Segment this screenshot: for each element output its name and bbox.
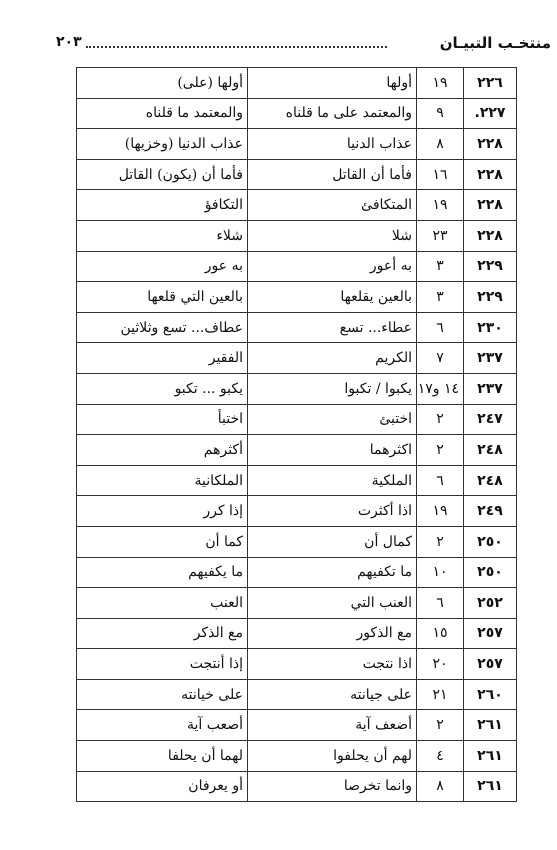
correction-cell: شلاء (77, 220, 248, 251)
page-cell: ٢٤٩ (464, 496, 517, 527)
correction-cell: إذا كرر (77, 496, 248, 527)
table-row: ٢٥٧١٥مع الذكورمع الذكر (77, 618, 517, 649)
error-cell: اذا أكثرت (248, 496, 417, 527)
correction-cell: يكبو ... تكبو (77, 373, 248, 404)
table-row: ٢٦١٢أضعف آيةأصعب آية (77, 710, 517, 741)
table-row: ٢٣٧٧الكريمالفقير (77, 343, 517, 374)
error-cell: كمال أن (248, 526, 417, 557)
error-cell: الكريم (248, 343, 417, 374)
page-cell: ٢٢٩ (464, 251, 517, 282)
error-cell: المتكافئ (248, 190, 417, 221)
table-row: ٢٥٧٢٠اذا نتجتإذا أنتجت (77, 649, 517, 680)
error-cell: أولها (248, 68, 417, 99)
table-row: ٢٤٧٢اختبئاختبأ (77, 404, 517, 435)
leader-dots (86, 46, 387, 48)
table-row: ٢٢٧.٩والمعتمد على ما قلناهوالمعتمد ما قل… (77, 98, 517, 129)
table-row: ٢٢٦١٩أولهاأولها (على) (77, 68, 517, 99)
line-cell: ٢٠ (417, 649, 464, 680)
line-cell: ١٦ (417, 159, 464, 190)
table-row: ٢٤٩١٩اذا أكثرتإذا كرر (77, 496, 517, 527)
error-cell: يكبوا / تكبوا (248, 373, 417, 404)
page-cell: ٢٤٨ (464, 435, 517, 466)
page-cell: ٢٥٠ (464, 557, 517, 588)
table-row: ٢٢٨١٩المتكافئالتكافؤ (77, 190, 517, 221)
error-cell: اكثرهما (248, 435, 417, 466)
line-cell: ٦ (417, 588, 464, 619)
page-cell: ٢٥٧ (464, 618, 517, 649)
error-cell: بالعين يقلعها (248, 282, 417, 313)
page-cell: ٢٣٠ (464, 312, 517, 343)
correction-cell: عذاب الدنيا (وخزيها) (77, 129, 248, 160)
page-cell: ٢٢٨ (464, 129, 517, 160)
error-cell: مع الذكور (248, 618, 417, 649)
line-cell: ٨ (417, 129, 464, 160)
table-row: ٢٤٨٢اكثرهماأكثرهم (77, 435, 517, 466)
page-cell: ٢٤٨ (464, 465, 517, 496)
page-number: ٢٠٣ (56, 34, 82, 50)
line-cell: ٤ (417, 741, 464, 772)
correction-cell: أو يعرفان (77, 771, 248, 802)
table-row: ٢٢٨١٦فأما أن القاتلفأما أن (يكون) القاتل (77, 159, 517, 190)
page-header: منتخـب التبيـان ٢٠٣ (0, 34, 557, 56)
correction-cell: ما يكفيهم (77, 557, 248, 588)
page-cell: ٢٥٢ (464, 588, 517, 619)
correction-cell: أكثرهم (77, 435, 248, 466)
table-row: ٢٢٨٨عذاب الدنياعذاب الدنيا (وخزيها) (77, 129, 517, 160)
page-cell: ٢٢٨ (464, 159, 517, 190)
page-cell: ٢٣٧ (464, 373, 517, 404)
error-cell: ما تكفيهم (248, 557, 417, 588)
correction-cell: أولها (على) (77, 68, 248, 99)
page-cell: ٢٥٧ (464, 649, 517, 680)
error-cell: عذاب الدنيا (248, 129, 417, 160)
error-cell: اختبئ (248, 404, 417, 435)
page-cell: ٢٦٠ (464, 679, 517, 710)
correction-cell: به عور (77, 251, 248, 282)
correction-cell: بالعين التي قلعها (77, 282, 248, 313)
table-row: ٢٣٧١٤ و١٧يكبوا / تكبوايكبو ... تكبو (77, 373, 517, 404)
line-cell: ٣ (417, 251, 464, 282)
line-cell: ٧ (417, 343, 464, 374)
correction-cell: الملكانية (77, 465, 248, 496)
error-cell: شلا (248, 220, 417, 251)
line-cell: ٢ (417, 435, 464, 466)
line-cell: ١٥ (417, 618, 464, 649)
error-cell: به أعور (248, 251, 417, 282)
errata-table-body: ٢٢٦١٩أولهاأولها (على)٢٢٧.٩والمعتمد على م… (77, 68, 517, 802)
error-cell: أضعف آية (248, 710, 417, 741)
correction-cell: كما أن (77, 526, 248, 557)
page-cell: ٢٣٧ (464, 343, 517, 374)
correction-cell: فأما أن (يكون) القاتل (77, 159, 248, 190)
error-cell: لهم أن يحلفوا (248, 741, 417, 772)
correction-cell: اختبأ (77, 404, 248, 435)
page-cell: ٢٦١ (464, 771, 517, 802)
table-row: ٢٦٠٢١على جيانتهعلى خيانته (77, 679, 517, 710)
page-cell: ٢٥٠ (464, 526, 517, 557)
error-cell: اذا نتجت (248, 649, 417, 680)
table-row: ٢٢٩٣بالعين يقلعهابالعين التي قلعها (77, 282, 517, 313)
line-cell: ٢٣ (417, 220, 464, 251)
line-cell: ١٠ (417, 557, 464, 588)
line-cell: ٩ (417, 98, 464, 129)
line-cell: ٢ (417, 526, 464, 557)
page-cell: ٢٢٦ (464, 68, 517, 99)
errata-table: ٢٢٦١٩أولهاأولها (على)٢٢٧.٩والمعتمد على م… (76, 67, 517, 802)
correction-cell: مع الذكر (77, 618, 248, 649)
line-cell: ٣ (417, 282, 464, 313)
error-cell: وانما تخرصا (248, 771, 417, 802)
line-cell: ٢ (417, 710, 464, 741)
page-cell: ٢٤٧ (464, 404, 517, 435)
table-row: ٢٣٠٦عطاء... تسععطاف... تسع وثلاثين (77, 312, 517, 343)
error-cell: عطاء... تسع (248, 312, 417, 343)
table-row: ٢٥٠٢كمال أنكما أن (77, 526, 517, 557)
line-cell: ١٩ (417, 68, 464, 99)
line-cell: ٦ (417, 312, 464, 343)
table-row: ٢٦١٨وانما تخرصاأو يعرفان (77, 771, 517, 802)
table-row: ٢٤٨٦الملكيةالملكانية (77, 465, 517, 496)
correction-cell: على خيانته (77, 679, 248, 710)
line-cell: ١٤ و١٧ (417, 373, 464, 404)
correction-cell: عطاف... تسع وثلاثين (77, 312, 248, 343)
line-cell: ١٩ (417, 496, 464, 527)
error-cell: الملكية (248, 465, 417, 496)
page-cell: ٢٦١ (464, 741, 517, 772)
correction-cell: إذا أنتجت (77, 649, 248, 680)
page-cell: ٢٢٧. (464, 98, 517, 129)
correction-cell: التكافؤ (77, 190, 248, 221)
page-cell: ٢٢٩ (464, 282, 517, 313)
line-cell: ٦ (417, 465, 464, 496)
correction-cell: والمعتمد ما قلناه (77, 98, 248, 129)
book-title: منتخـب التبيـان (440, 34, 551, 52)
page-cell: ٢٢٨ (464, 220, 517, 251)
table-row: ٢٥٠١٠ما تكفيهمما يكفيهم (77, 557, 517, 588)
line-cell: ٢ (417, 404, 464, 435)
correction-cell: الفقير (77, 343, 248, 374)
error-cell: فأما أن القاتل (248, 159, 417, 190)
table-row: ٢٥٢٦العنب التيالعنب (77, 588, 517, 619)
page-cell: ٢٢٨ (464, 190, 517, 221)
error-cell: العنب التي (248, 588, 417, 619)
page-cell: ٢٦١ (464, 710, 517, 741)
table-row: ٢٢٩٣به أعوربه عور (77, 251, 517, 282)
line-cell: ٢١ (417, 679, 464, 710)
correction-cell: العنب (77, 588, 248, 619)
line-cell: ٨ (417, 771, 464, 802)
table-row: ٢٢٨٢٣شلاشلاء (77, 220, 517, 251)
error-cell: على جيانته (248, 679, 417, 710)
error-cell: والمعتمد على ما قلناه (248, 98, 417, 129)
correction-cell: لهما أن يحلفا (77, 741, 248, 772)
correction-cell: أصعب آية (77, 710, 248, 741)
table-row: ٢٦١٤لهم أن يحلفوالهما أن يحلفا (77, 741, 517, 772)
line-cell: ١٩ (417, 190, 464, 221)
